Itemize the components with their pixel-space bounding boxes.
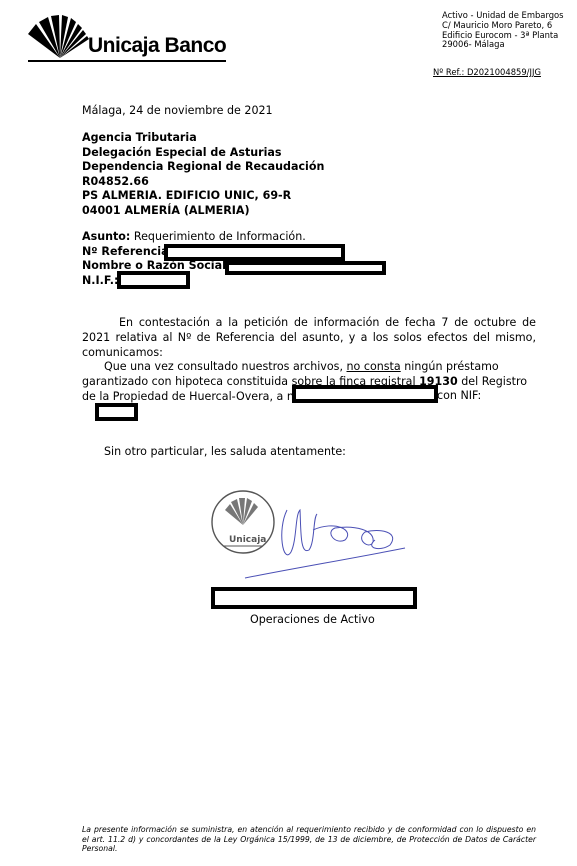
place-date: Málaga, 24 de noviembre de 2021 — [82, 104, 273, 119]
subject-label: Asunto: — [82, 230, 130, 243]
recipient-line: Delegación Especial de Asturias — [82, 146, 324, 161]
subject-value: Requerimiento de Información. — [130, 230, 305, 243]
recipient-line: PS ALMERIA. EDIFICIO UNIC, 69-R — [82, 189, 324, 204]
fan-logo-icon — [28, 12, 90, 60]
signature-area: Unicaja — [205, 470, 425, 580]
redacted-holder-name — [292, 385, 438, 403]
nif-text: con NIF: — [437, 389, 481, 404]
signature-stamp-icon: Unicaja — [205, 470, 425, 580]
recipient-block: Agencia Tributaria Delegación Especial d… — [82, 131, 324, 219]
redacted-signer-name — [211, 587, 417, 609]
reference-label: Nº Referencia — [82, 245, 169, 260]
finding-text-start: Que una vez consultado nuestros archivos… — [104, 360, 347, 373]
redacted-holder-nif — [95, 403, 138, 421]
brand-name: Unicaja Banco — [88, 34, 226, 58]
subject-line: Asunto: Requerimiento de Información. — [82, 230, 306, 245]
recipient-line: R04852.66 — [82, 175, 324, 190]
nif-label: N.I.F.: — [82, 274, 118, 289]
recipient-line: 04001 ALMERÍA (ALMERIA) — [82, 204, 324, 219]
logo-underline — [28, 60, 226, 62]
finding-underlined: no consta — [347, 360, 401, 373]
paragraph-reply-text: En contestación a la petición de informa… — [82, 316, 536, 359]
office-line: 29006- Málaga — [442, 40, 564, 50]
recipient-line: Agencia Tributaria — [82, 131, 324, 146]
legal-footer: La presente información se suministra, e… — [82, 825, 536, 854]
paragraph-reply: En contestación a la petición de informa… — [82, 316, 536, 360]
redacted-nif — [117, 271, 190, 289]
svg-text:Unicaja: Unicaja — [229, 535, 266, 545]
reference-number: Nº Ref.: D2021004859/JJG — [433, 67, 541, 77]
signer-department: Operaciones de Activo — [250, 613, 375, 628]
office-address: Activo - Unidad de Embargos C/ Mauricio … — [442, 11, 564, 50]
recipient-line: Dependencia Regional de Recaudación — [82, 160, 324, 175]
unicaja-logo: Unicaja Banco — [28, 12, 228, 62]
redacted-name — [225, 261, 386, 275]
closing: Sin otro particular, les saluda atentame… — [104, 445, 346, 460]
